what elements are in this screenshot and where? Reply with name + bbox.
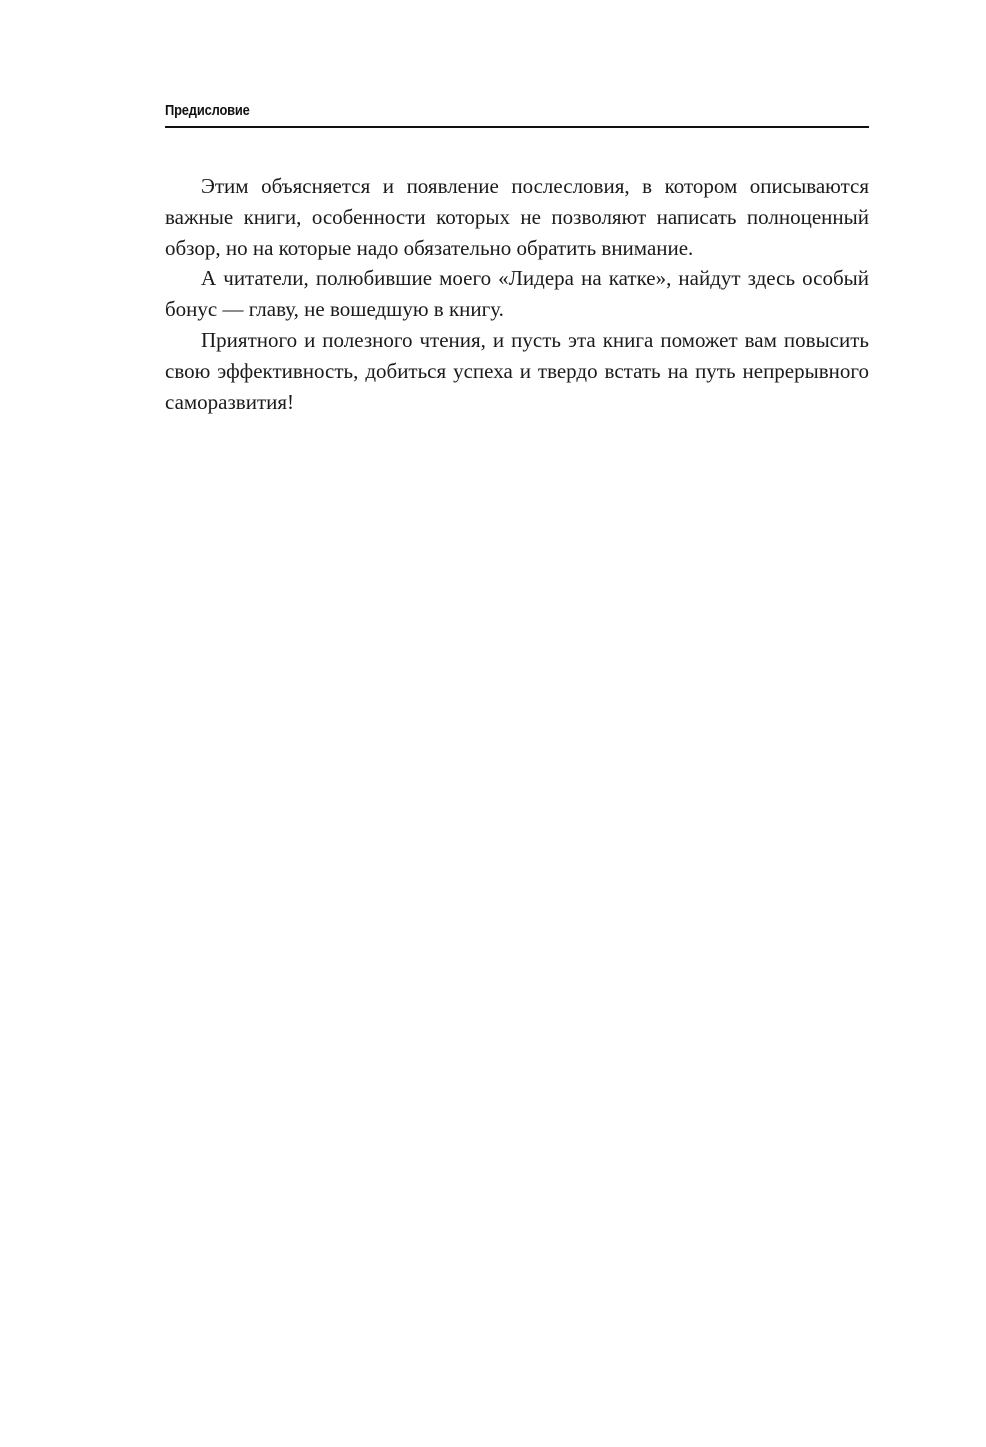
paragraph: Приятного и полезного чтения, и пусть эт…: [165, 325, 869, 417]
header-rule: [165, 126, 869, 128]
running-header: Предисловие: [165, 100, 869, 122]
book-page: Предисловие Этим объясняется и появление…: [0, 0, 986, 1447]
section-title: Предисловие: [165, 100, 250, 122]
paragraph: Этим объясняется и появление послесловия…: [165, 171, 869, 263]
paragraph: А читатели, полюбившие моего «Лидера на …: [165, 263, 869, 325]
body-text: Этим объясняется и появление послесловия…: [165, 171, 869, 417]
